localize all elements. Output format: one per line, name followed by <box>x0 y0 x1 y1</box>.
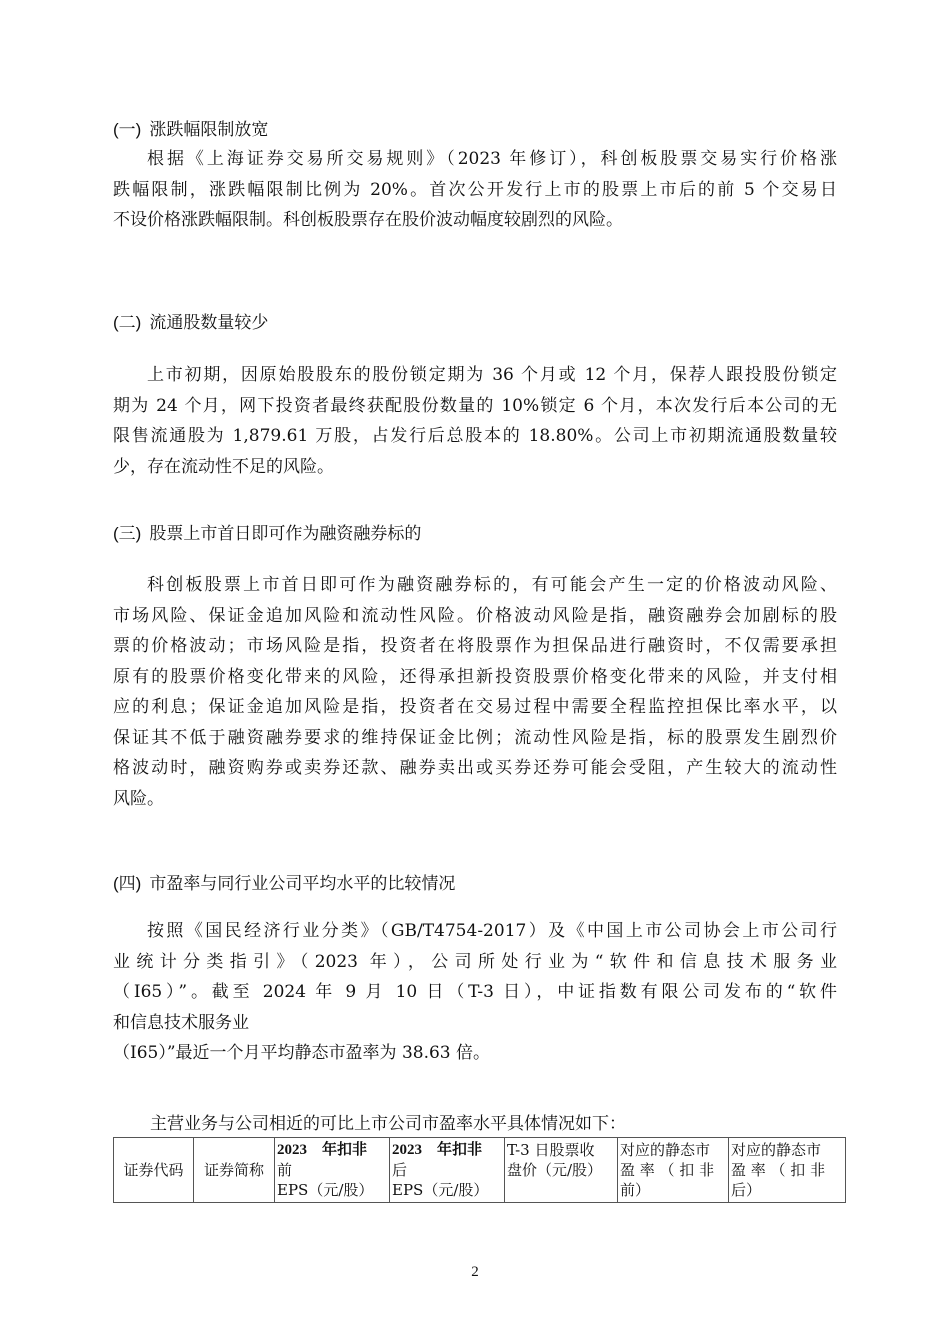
section-number: (一) <box>113 120 141 139</box>
header-pe-after: 对应的静态市 盈 率 （ 扣 非 后） <box>729 1138 846 1203</box>
section-title: 股票上市首日即可作为融资融券标的 <box>149 524 421 544</box>
paragraph-line: 根据《上海证券交易所交易规则》（2023 年修订），科创板股票交易实行价格涨 <box>113 144 837 175</box>
section-title: 涨跌幅限制放宽 <box>149 120 268 140</box>
header-text: 后 <box>392 1160 502 1180</box>
section-title: 流通股数量较少 <box>149 313 268 333</box>
paragraph-line: 和信息技术服务业 <box>113 1008 837 1039</box>
header-security-name: 证券简称 <box>194 1138 275 1203</box>
header-text: 盘价（元/股） <box>507 1160 615 1180</box>
header-text: 2023 年扣非 <box>392 1140 502 1160</box>
paragraph-line: 上市初期，因原始股股东的股份锁定期为 36 个月或 12 个月，保荐人跟投股份锁… <box>113 360 837 391</box>
paragraph-line: 原有的股票价格变化带来的风险，还得承担新投资股票价格变化带来的风险，并支付相 <box>113 662 837 693</box>
header-close-price: T-3 日股票收 盘价（元/股） <box>505 1138 618 1203</box>
section-1-paragraph: 根据《上海证券交易所交易规则》（2023 年修订），科创板股票交易实行价格涨 跌… <box>113 144 837 236</box>
paragraph-line: 业统计分类指引》（2023 年），公司所处行业为“软件和信息技术服务业 <box>113 947 837 978</box>
header-eps-before: 2023 年扣非 前 EPS（元/股） <box>275 1138 390 1203</box>
document-page: (一)涨跌幅限制放宽 根据《上海证券交易所交易规则》（2023 年修订），科创板… <box>0 0 950 1344</box>
header-text: EPS（元/股） <box>277 1180 387 1200</box>
section-number: (四) <box>113 874 141 893</box>
header-text: 前） <box>620 1180 726 1200</box>
paragraph-line: 格波动时，融资购券或卖券还款、融券卖出或买券还券可能会受阻，产生较大的流动性 <box>113 753 837 784</box>
paragraph-line: 少，存在流动性不足的风险。 <box>113 452 837 483</box>
header-security-code: 证券代码 <box>114 1138 194 1203</box>
section-heading-4: (四)市盈率与同行业公司平均水平的比较情况 <box>113 873 455 895</box>
paragraph-line: 限售流通股为 1,879.61 万股，占发行后总股本的 18.80%。公司上市初… <box>113 421 837 452</box>
header-text: EPS（元/股） <box>392 1180 502 1200</box>
paragraph-line: （I65）”。截至 2024 年 9 月 10 日（T-3 日），中证指数有限公… <box>113 977 837 1008</box>
header-eps-after: 2023 年扣非 后 EPS（元/股） <box>390 1138 505 1203</box>
paragraph-line: （I65）”最近一个月平均静态市盈率为 38.63 倍。 <box>113 1038 837 1069</box>
header-text: 前 <box>277 1160 387 1180</box>
section-title: 市盈率与同行业公司平均水平的比较情况 <box>149 874 455 894</box>
page-number: 2 <box>0 1264 950 1281</box>
section-3-paragraph: 科创板股票上市首日即可作为融资融券标的，有可能会产生一定的价格波动风险、 市场风… <box>113 570 837 814</box>
paragraph-line: 市场风险、保证金追加风险和流动性风险。价格波动风险是指，融资融券会加剧标的股 <box>113 601 837 632</box>
paragraph-line: 不设价格涨跌幅限制。科创板股票存在股价波动幅度较剧烈的风险。 <box>113 205 837 236</box>
header-text: 盈 率 （ 扣 非 <box>620 1160 726 1180</box>
header-text: 对应的静态市 <box>620 1140 726 1160</box>
header-text: 证券代码 <box>123 1161 183 1179</box>
table-header-row: 证券代码 证券简称 2023 年扣非 前 EPS（元/股） 2023 年扣非 后… <box>114 1138 846 1203</box>
header-text: 后） <box>731 1180 843 1200</box>
header-text: T-3 日股票收 <box>507 1140 615 1160</box>
paragraph-line: 按照《国民经济行业分类》（GB/T4754-2017）及《中国上市公司协会上市公… <box>113 916 837 947</box>
header-text: 对应的静态市 <box>731 1140 843 1160</box>
header-text: 盈 率 （ 扣 非 <box>731 1160 843 1180</box>
table-intro: 主营业务与公司相近的可比上市公司市盈率水平具体情况如下： <box>150 1113 626 1135</box>
section-heading-1: (一)涨跌幅限制放宽 <box>113 119 268 141</box>
paragraph-line: 跌幅限制，涨跌幅限制比例为 20%。首次公开发行上市的股票上市后的前 5 个交易… <box>113 175 837 206</box>
paragraph-line: 保证其不低于融资融券要求的维持保证金比例；流动性风险是指，标的股票发生剧烈价 <box>113 723 837 754</box>
paragraph-line: 期为 24 个月，网下投资者最终获配股份数量的 10%锁定 6 个月，本次发行后… <box>113 391 837 422</box>
header-pe-before: 对应的静态市 盈 率 （ 扣 非 前） <box>618 1138 729 1203</box>
section-heading-2: (二)流通股数量较少 <box>113 312 268 334</box>
section-number: (三) <box>113 524 141 543</box>
section-number: (二) <box>113 313 141 332</box>
paragraph-line: 科创板股票上市首日即可作为融资融券标的，有可能会产生一定的价格波动风险、 <box>113 570 837 601</box>
comparable-companies-table: 证券代码 证券简称 2023 年扣非 前 EPS（元/股） 2023 年扣非 后… <box>113 1137 846 1203</box>
header-text: 证券简称 <box>204 1161 264 1179</box>
section-2-paragraph: 上市初期，因原始股股东的股份锁定期为 36 个月或 12 个月，保荐人跟投股份锁… <box>113 360 837 482</box>
paragraph-line: 应的利息；保证金追加风险是指，投资者在交易过程中需要全程监控担保比率水平，以 <box>113 692 837 723</box>
section-4-paragraph: 按照《国民经济行业分类》（GB/T4754-2017）及《中国上市公司协会上市公… <box>113 916 837 1069</box>
section-heading-3: (三)股票上市首日即可作为融资融券标的 <box>113 523 421 545</box>
paragraph-line: 风险。 <box>113 784 837 815</box>
paragraph-line: 票的价格波动；市场风险是指，投资者在将股票作为担保品进行融资时，不仅需要承担 <box>113 631 837 662</box>
header-text: 2023 年扣非 <box>277 1140 387 1160</box>
